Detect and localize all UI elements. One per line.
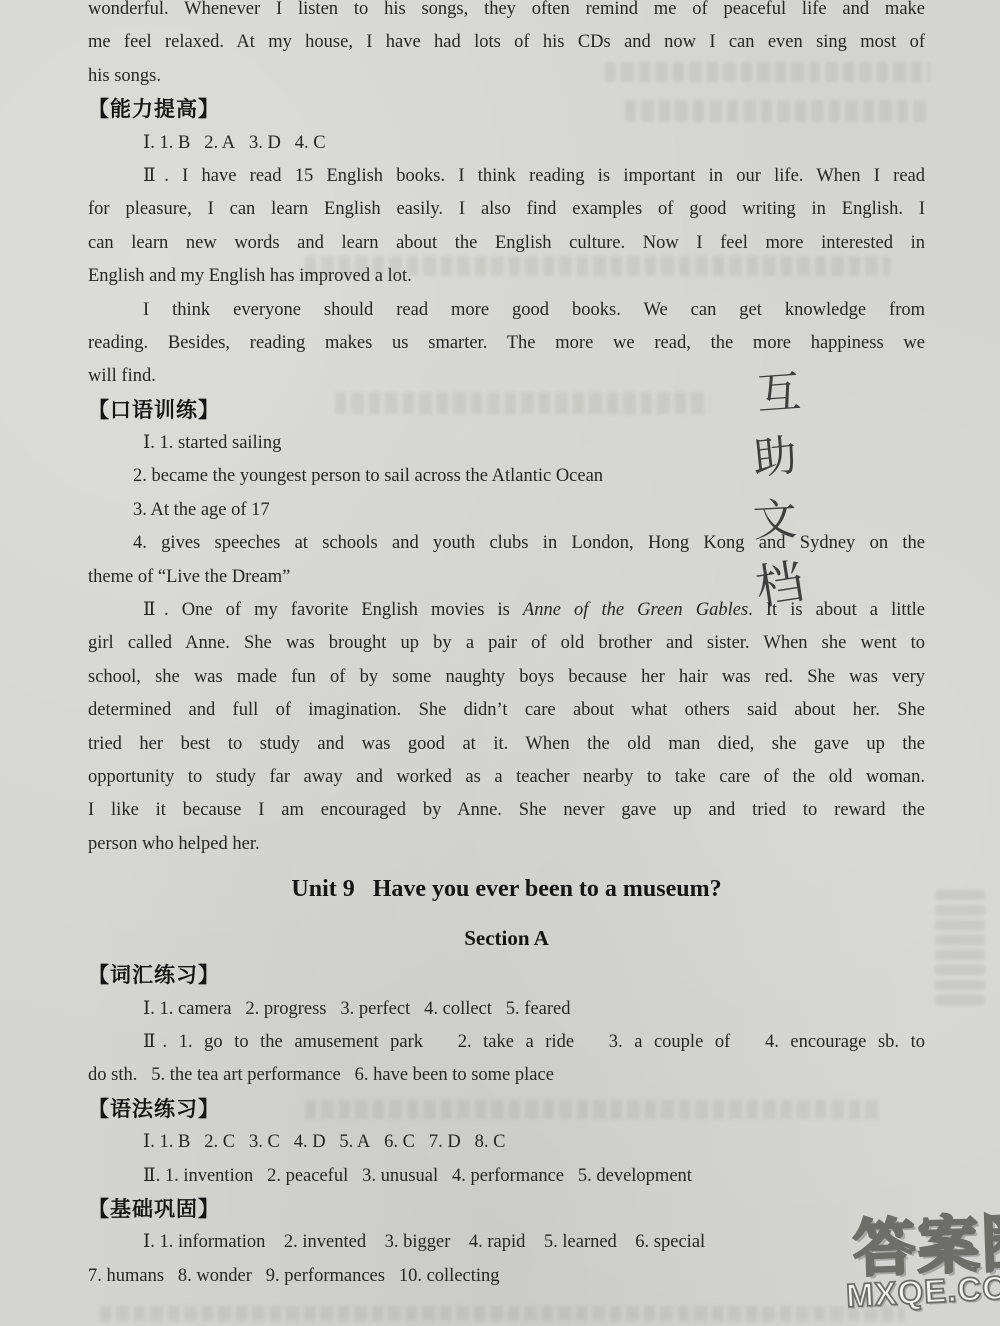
section-a-title: Section A <box>88 917 925 959</box>
body-line: me feel relaxed. At my house, I have had… <box>88 26 925 59</box>
answer-line: Ⅰ. 1. camera 2. progress 3. perfect 4. c… <box>88 993 925 1026</box>
unit-title: Unit 9 Have you ever been to a museum? <box>88 861 925 917</box>
scanned-workbook-page: wonderful. Whenever I listen to his song… <box>0 0 1000 1326</box>
body-line: English and my English has improved a lo… <box>88 260 925 293</box>
body-line: for pleasure, I can learn English easily… <box>88 193 925 226</box>
body-line-segment: Ⅱ. One of my favorite English movies is <box>143 600 523 620</box>
answer-line: Ⅱ. 1. invention 2. peaceful 3. unusual 4… <box>88 1160 925 1193</box>
answer-line-choices: Ⅰ. 1. B 2. C 3. C 4. D 5. A 6. C 7. D 8.… <box>88 1126 925 1159</box>
answer-line: 7. humans 8. wonder 9. performances 10. … <box>88 1260 925 1293</box>
bleedthrough-ghost-text <box>95 1306 905 1321</box>
answer-line: Ⅰ. 1. information 2. invented 3. bigger … <box>88 1226 925 1259</box>
header-ability-improvement: 【能力提高】 <box>88 93 925 126</box>
body-line: reading. Besides, reading makes us smart… <box>88 327 925 360</box>
body-line: opportunity to study far away and worked… <box>88 761 925 794</box>
body-line: school, she was made fun of by some naug… <box>88 661 925 694</box>
handwritten-note-char: 互 <box>756 371 803 418</box>
handwritten-note-char: 文 <box>752 498 798 544</box>
answer-line: do sth. 5. the tea art performance 6. ha… <box>88 1059 925 1092</box>
answer-line: Ⅰ. 1. started sailing <box>88 427 925 460</box>
body-line: can learn new words and learn about the … <box>88 227 925 260</box>
header-basics-consolidation: 【基础巩固】 <box>88 1193 925 1226</box>
body-line: girl called Anne. She was brought up by … <box>88 627 925 660</box>
handwritten-note-char: 档 <box>753 559 808 614</box>
answer-line: Ⅱ. 1. go to the amusement park 2. take a… <box>88 1026 925 1059</box>
answer-line: 3. At the age of 17 <box>88 494 925 527</box>
printed-text-column: wonderful. Whenever I listen to his song… <box>0 0 1000 1293</box>
movie-title-italic: Anne of the Green Gables <box>523 600 748 620</box>
body-line: his songs. <box>88 60 925 93</box>
header-grammar-exercise: 【语法练习】 <box>88 1093 925 1126</box>
body-line: I like it because I am encouraged by Ann… <box>88 794 925 827</box>
body-line: tried her best to study and was good at … <box>88 728 925 761</box>
answer-line: 2. became the youngest person to sail ac… <box>88 460 925 493</box>
header-vocabulary-exercise: 【词汇练习】 <box>88 959 925 992</box>
body-line: I think everyone should read more good b… <box>88 294 925 327</box>
handwritten-note-char: 助 <box>751 434 799 482</box>
answer-line-choices: Ⅰ. 1. B 2. A 3. D 4. C <box>88 127 925 160</box>
body-line: Ⅱ. I have read 15 English books. I think… <box>88 160 925 193</box>
body-line: person who helped her. <box>88 828 925 861</box>
body-line: determined and full of imagination. She … <box>88 694 925 727</box>
body-line: wonderful. Whenever I listen to his song… <box>88 0 925 26</box>
